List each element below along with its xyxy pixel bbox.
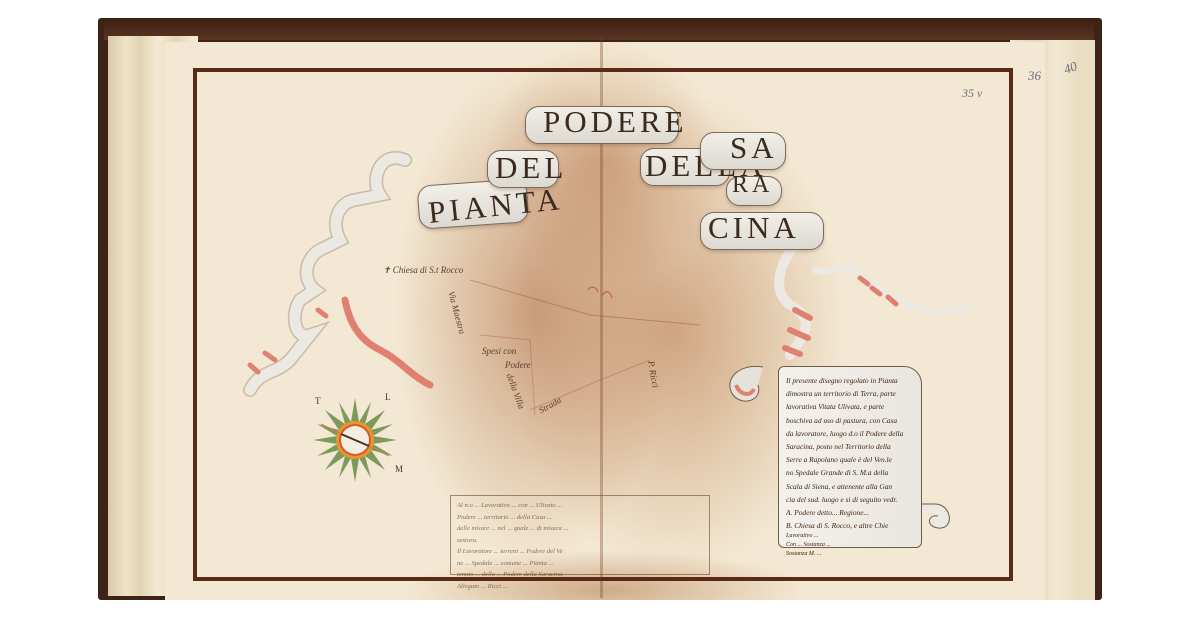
notes-line: Il Lavoratore ... terreni ... Podere del… [457, 546, 705, 558]
cartouche-line: lavorativa Vitata Ulivata, e parte [786, 400, 914, 413]
map-boundaries-icon [470, 260, 730, 440]
cartouche-text: Il presente disegno regolato in Pianta d… [786, 374, 914, 559]
title-word-del: DEL [495, 150, 567, 186]
cartouche-line: boschiva ad uso di pastura, con Casa [786, 414, 914, 427]
cartouche-line: Con ... Sostanza ... [786, 541, 914, 550]
cartouche-line: Serre a Rapolano quale è del Ven.le [786, 453, 914, 466]
cartouche-scroll: Il presente disegno regolato in Pianta d… [770, 362, 945, 562]
cartouche-line: B. Chiesa di S. Rocco, e altre Chie [786, 519, 914, 532]
cartouche-line: Saracina, posto nel Territorio della [786, 440, 914, 453]
title-word-ra: RA [732, 172, 773, 199]
cartouche-line: Sostanza M. ... [786, 550, 914, 559]
cartouche-line: dimostra un territorio di Terra, parte [786, 387, 914, 400]
cartouche-line: Il presente disegno regolato in Pianta [786, 374, 914, 387]
notes-line: Allegato ... Ricci ... [457, 581, 705, 593]
cartouche-line: Lavorativo ... [786, 532, 914, 541]
cartouche-line: da lavoratore, luogo d.o il Podere della [786, 427, 914, 440]
cartouche-line: A. Podere detto... Regione... [786, 506, 914, 519]
church-label: ✝ Chiesa di S.t Rocco [383, 265, 463, 276]
book-photo: 35 v 36 40 PIANTA DEL PODERE DELLA SA RA… [0, 0, 1200, 628]
scroll-curl-icon [718, 355, 778, 415]
notes-line: Podere ... territorio ... della Casa ... [457, 512, 705, 524]
cartouche-line: Scala di Siena, e attenente alla Gan [786, 480, 914, 493]
notes-box: Al n.o ... Lavorativo ... con ... Ulivat… [450, 495, 710, 575]
compass-rose-icon: T L M [305, 392, 405, 488]
title-word-cina: CINA [708, 210, 800, 246]
title-word-sa: SA [730, 130, 778, 166]
compass-letter-l: L [385, 392, 391, 402]
notes-line: Al n.o ... Lavorativo ... con ... Ulivat… [457, 500, 705, 512]
notes-text: Al n.o ... Lavorativo ... con ... Ulivat… [457, 500, 705, 592]
notes-line: ne ... Spedale ... comune ... Pianta ... [457, 558, 705, 570]
title-word-podere: PODERE [543, 104, 688, 140]
cover-top-edge [104, 18, 1094, 40]
notes-line: delle misure ... nel ... quale ... di mi… [457, 523, 705, 535]
notes-line: sestora. [457, 535, 705, 547]
margin-number-1: 36 [1028, 68, 1041, 84]
notes-line: tenuto ... della ... Podere della Saraci… [457, 569, 705, 581]
cartouche-line: no Spedale Grande di S. M.a della [786, 466, 914, 479]
compass-letter-t: T [315, 396, 321, 406]
cartouche-line: cia del sud. luogo e si di seguito vedr. [786, 493, 914, 506]
compass-letter-m: M [395, 464, 403, 474]
folio-number: 35 v [962, 86, 982, 101]
